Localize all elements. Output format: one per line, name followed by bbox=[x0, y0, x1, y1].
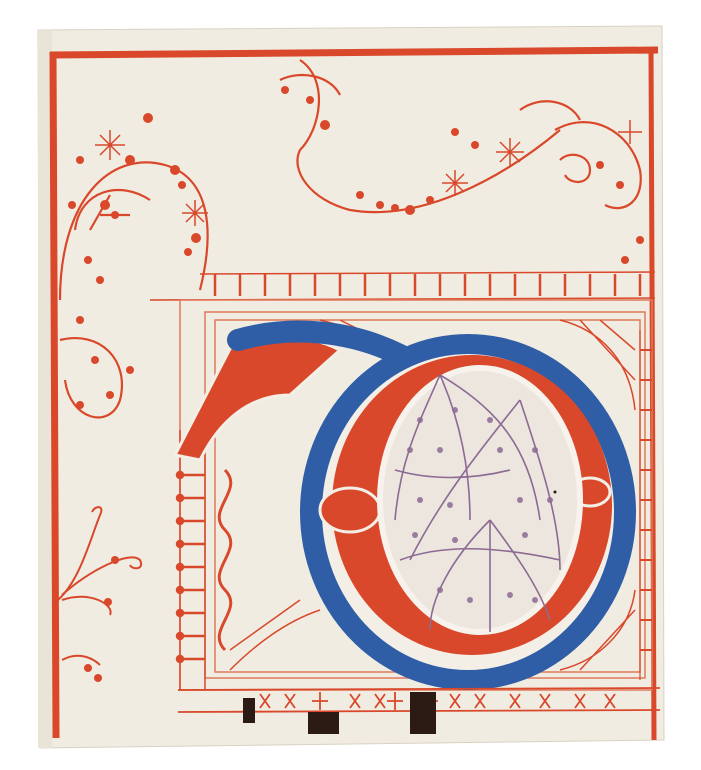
manuscript-fragment bbox=[0, 0, 701, 770]
